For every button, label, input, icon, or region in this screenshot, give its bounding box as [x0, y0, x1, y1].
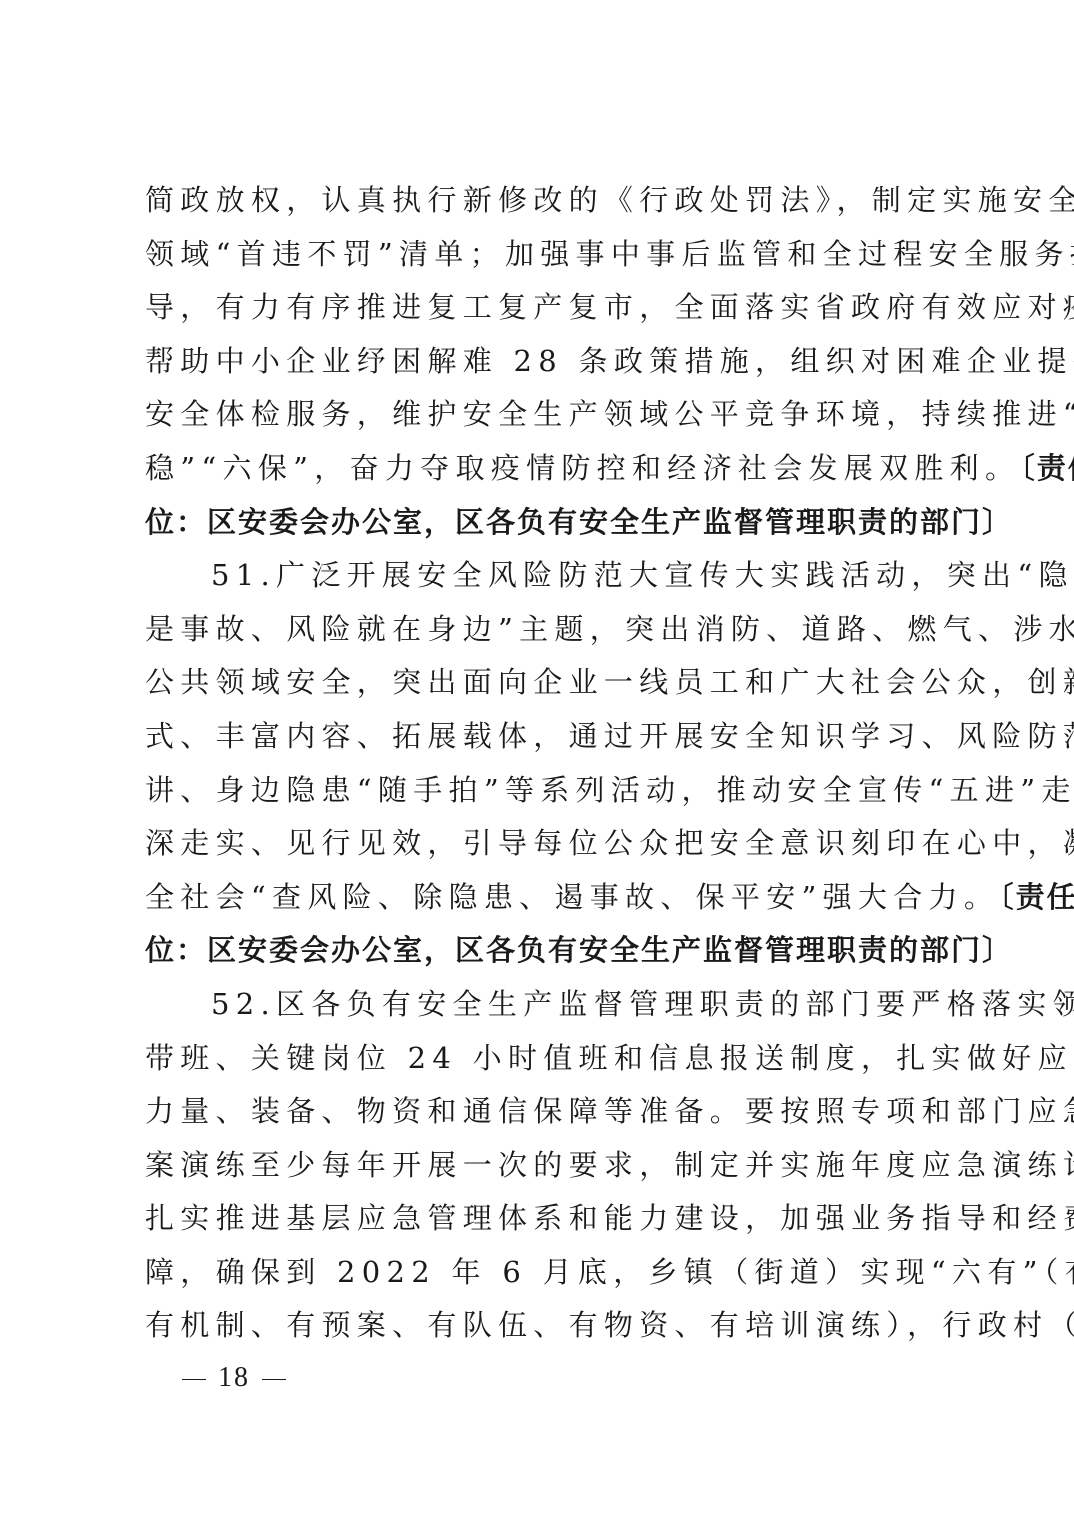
text-segment: 稳”“六保”，奋力夺取疫情防控和经济社会发展双胜利。: [145, 451, 1020, 485]
text-line: 稳”“六保”，奋力夺取疫情防控和经济社会发展双胜利。〔责任单: [145, 442, 945, 496]
text-line: 公共领域安全，突出面向企业一线员工和广大社会公众，创新形: [145, 656, 945, 710]
text-line: 案演练至少每年开展一次的要求，制定并实施年度应急演练计划。: [145, 1139, 945, 1193]
text-segment: 全社会“查风险、除隐患、遏事故、保平安”强大合力。: [145, 880, 999, 914]
text-line: 障，确保到 2022 年 6 月底，乡镇（街道）实现“六有”（有机构、: [145, 1246, 945, 1300]
responsibility-units: 位：区安委会办公室，区各负有安全生产监督管理职责的部门〕: [145, 924, 945, 978]
text-line: 有机制、有预案、有队伍、有物资、有培训演练），行政村（社区）: [145, 1299, 945, 1353]
text-line-first: 51.广泛开展安全风险防范大宣传大实践活动，突出“隐患就: [145, 549, 945, 603]
page-number: 18: [218, 1362, 250, 1393]
paragraph-51: 51.广泛开展安全风险防范大宣传大实践活动，突出“隐患就 是事故、风险就在身边”…: [145, 549, 945, 978]
text-line: 安全体检服务，维护安全生产领域公平竞争环境，持续推进“六: [145, 388, 945, 442]
paragraph-52: 52.区各负有安全生产监督管理职责的部门要严格落实领导 带班、关键岗位 24 小…: [145, 978, 945, 1353]
responsibility-label: 〔责任单: [999, 880, 1074, 914]
text-line: 导，有力有序推进复工复产复市，全面落实省政府有效应对疫情: [145, 281, 945, 335]
text-line-first: 52.区各负有安全生产监督管理职责的部门要严格落实领导: [145, 978, 945, 1032]
paragraph-50-continuation: 简政放权，认真执行新修改的《行政处罚法》，制定实施安全生产 领域“首违不罚”清单…: [145, 174, 945, 549]
text-line: 帮助中小企业纾困解难 28 条政策措施，组织对困难企业提供免费: [145, 335, 945, 389]
text-line: 式、丰富内容、拓展载体，通过开展安全知识学习、风险防范宣: [145, 710, 945, 764]
text-line: 深走实、见行见效，引导每位公众把安全意识刻印在心中，凝聚: [145, 817, 945, 871]
responsibility-units: 位：区安委会办公室，区各负有安全生产监督管理职责的部门〕: [145, 496, 945, 550]
text-line: 简政放权，认真执行新修改的《行政处罚法》，制定实施安全生产: [145, 174, 945, 228]
page-footer: 18: [170, 1362, 298, 1394]
dash-left-icon: [182, 1379, 206, 1380]
text-line: 全社会“查风险、除隐患、遏事故、保平安”强大合力。〔责任单: [145, 871, 945, 925]
text-line: 带班、关键岗位 24 小时值班和信息报送制度，扎实做好应急预案、: [145, 1032, 945, 1086]
text-line: 扎实推进基层应急管理体系和能力建设，加强业务指导和经费保: [145, 1192, 945, 1246]
text-line: 讲、身边隐患“随手拍”等系列活动，推动安全宣传“五进”走: [145, 764, 945, 818]
text-line: 是事故、风险就在身边”主题，突出消防、道路、燃气、涉水等: [145, 603, 945, 657]
document-page: 简政放权，认真执行新修改的《行政处罚法》，制定实施安全生产 领域“首违不罚”清单…: [145, 174, 945, 1353]
dash-right-icon: [262, 1379, 286, 1380]
text-line: 领域“首违不罚”清单；加强事中事后监管和全过程安全服务指: [145, 228, 945, 282]
responsibility-label: 〔责任单: [1020, 451, 1074, 485]
text-line: 力量、装备、物资和通信保障等准备。要按照专项和部门应急预: [145, 1085, 945, 1139]
